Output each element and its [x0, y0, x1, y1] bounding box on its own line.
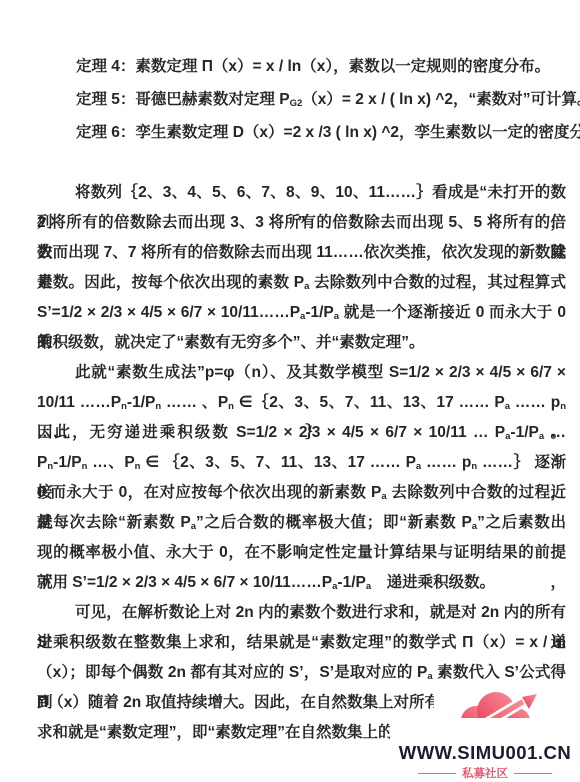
theorem-line-4: 定理 4：素数定理 Π（x）= x / ln（x），素数以一定规则的密度分布。 [37, 50, 566, 83]
text-line: 是每次去除“新素数 Pa”之后合数的概率极大值；即“新素数 Pa”之后素数出 [37, 508, 566, 538]
watermark-site-url: WWW.SIMU001.CN [390, 742, 580, 764]
text-line: 将数列｛2、3、4、5、6、7、8、9、10、11……｝看成是“未打开的数列”， [37, 178, 566, 208]
text-line: 因此，无穷递进乘积级数 S=1/2 × 2/3 × 4/5 × 6/7 × 10… [37, 418, 566, 448]
document-content: 定理 4：素数定理 Π（x）= x / ln（x），素数以一定规则的密度分布。 … [37, 50, 566, 748]
text-line: 素数。因此，按每个依次出现的素数 Pa 去除数列中合数的过程，其过程算式 [37, 268, 566, 298]
theorem-block: 定理 4：素数定理 Π（x）= x / ln（x），素数以一定规则的密度分布。 … [37, 50, 566, 149]
text-line: 乘积级数，就决定了“素数有无穷多个”、并“素数定理”。 [37, 328, 566, 358]
text-line: 0 而永大于 0，在对应按每个依次出现的新素数 Pa 去除数列中合数的过程，就 [37, 478, 566, 508]
text-line: 进乘积级数在整数集上求和，结果就是“素数定理”的数学式 Π（x）= x / ln [37, 628, 566, 658]
text-line: 10/11 ……Pn-1/Pn …… 、Pn ∈｛2、3、5、7、11、13、1… [37, 388, 566, 418]
text-line: 可见，在解析数论上对 2n 内的素数个数进行求和，就是对 2n 内的所有 S’ … [37, 598, 566, 628]
document-page: 定理 4：素数定理 Π（x）= x / ln（x），素数以一定规则的密度分布。 … [0, 0, 580, 782]
text-line: 现的概率极小值、永大于 0，在不影响定性定量计算结果与证明结果的前提下， [37, 538, 566, 568]
watermark-rule-right [514, 773, 552, 774]
watermark-community-label: 私募社区 [462, 765, 508, 781]
theorem-line-6: 定理 6：孪生素数定理 D（x）=2 x /3 ( ln x) ^2，孪生素数以… [37, 116, 566, 149]
watermark: WWW.SIMU001.CN 私募社区 [390, 718, 580, 782]
watermark-community: 私募社区 [390, 765, 580, 781]
paragraph-sieve: 将数列｛2、3、4、5、6、7、8、9、10、11……｝看成是“未打开的数列”，… [37, 178, 566, 358]
text-line: 就用 S’=1/2 × 2/3 × 4/5 × 6/7 × 10/11……Pa-… [37, 568, 566, 598]
watermark-rule-left [418, 773, 456, 774]
text-line: （x）；即每个偶数 2n 都有其对应的 S’，S’是取对应的 Pa 素数代入 S… [37, 658, 566, 688]
theorem-line-5: 定理 5：哥德巴赫素数对定理 PG2（x）= 2 x / ( ln x) ^2，… [37, 83, 566, 116]
text-line: S’=1/2 × 2/3 × 4/5 × 6/7 × 10/11……Pa-1/P… [37, 298, 566, 328]
text-line: 去而出现 7、7 将所有的倍数除去而出现 11……依次类推，依次发现的新数就是 [37, 238, 566, 268]
text-line: 此就“素数生成法”p=φ（n）、及其数学模型 S=1/2 × 2/3 × 4/5… [37, 358, 566, 388]
text-line: 2 将所有的倍数除去而出现 3、3 将所有的倍数除去而出现 5、5 将所有的倍数… [37, 208, 566, 238]
text-line: Pn-1/Pn …、Pn ∈ ｛2、3、5、7、11、13、17 …… Pa …… [37, 448, 566, 478]
paragraph-model: 此就“素数生成法”p=φ（n）、及其数学模型 S=1/2 × 2/3 × 4/5… [37, 358, 566, 598]
